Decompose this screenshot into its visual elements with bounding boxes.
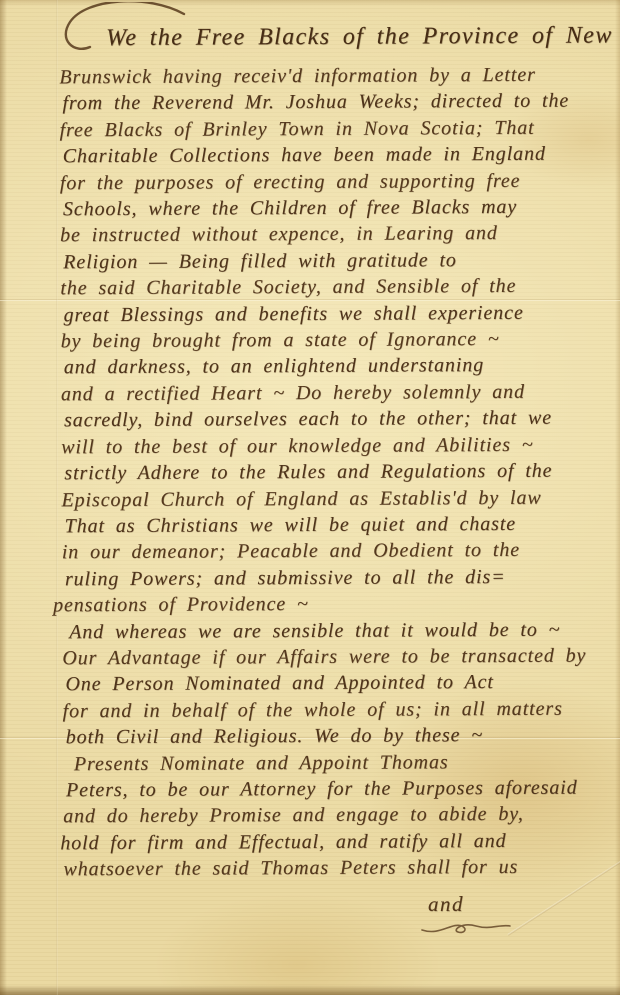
manuscript-line: Charitable Collections have been made in… [1,141,620,171]
manuscript-line: Peters, to be our Attorney for the Purpo… [4,774,620,804]
manuscript-line: in our demeanor; Peacable and Obedient t… [3,537,620,567]
catchword: and [428,892,464,917]
manuscript-line: ruling Powers; and submissive to all the… [3,563,620,593]
catchword-flourish-stroke [422,925,510,933]
manuscript-line: both Civil and Religious. We do by these… [4,722,620,752]
manuscript-line: for the purposes of erecting and support… [1,167,620,197]
manuscript-line: And whereas we are sensible that it woul… [3,616,620,646]
paper-edge-bottom [0,985,620,995]
manuscript-body: We the Free Blacks of the Province of Ne… [0,18,620,883]
manuscript-line: Religion — Being filled with gratitude t… [1,246,620,276]
manuscript-line: Episcopal Church of England as Establis'… [2,484,620,514]
manuscript-line: from the Reverend Mr. Joshua Weeks; dire… [0,88,620,118]
manuscript-line: be instructed without expence, in Learin… [1,220,620,250]
manuscript-line: Schools, where the Children of free Blac… [1,193,620,223]
manuscript-line: Brunswick having receiv'd information by… [0,61,620,91]
manuscript-line: sacredly, bind ourselves each to the oth… [2,405,620,435]
manuscript-page: We the Free Blacks of the Province of Ne… [0,0,620,995]
manuscript-line: Presents Nominate and Appoint Thomas [4,748,620,778]
manuscript-line: the said Charitable Society, and Sensibl… [1,273,620,303]
manuscript-line: and do hereby Promise and engage to abid… [4,801,620,831]
manuscript-line: free Blacks of Brinley Town in Nova Scot… [1,114,620,144]
manuscript-line: pensations of Providence ~ [3,589,620,619]
manuscript-line: great Blessings and benefits we shall ex… [1,299,620,329]
manuscript-line: for and in behalf of the whole of us; in… [4,695,620,725]
manuscript-line: and darkness, to an enlightend understan… [2,352,620,382]
manuscript-line: and a rectified Heart ~ Do hereby solemn… [2,378,620,408]
manuscript-line: Our Advantage if our Affairs were to be … [3,642,620,672]
manuscript-line: That as Christians we will be quiet and … [3,510,620,540]
catchword-flourish-icon [418,918,514,938]
manuscript-line: strictly Adhere to the Rules and Regulat… [2,457,620,487]
manuscript-line: whatsoever the said Thomas Peters shall … [4,854,620,884]
manuscript-line: by being brought from a state of Ignoran… [2,325,620,355]
manuscript-line: We the Free Blacks of the Province of Ne… [0,18,620,55]
manuscript-line: hold for firm and Effectual, and ratify … [4,827,620,857]
manuscript-line: will to the best of our knowledge and Ab… [2,431,620,461]
manuscript-line: One Person Nominated and Appointed to Ac… [3,669,620,699]
